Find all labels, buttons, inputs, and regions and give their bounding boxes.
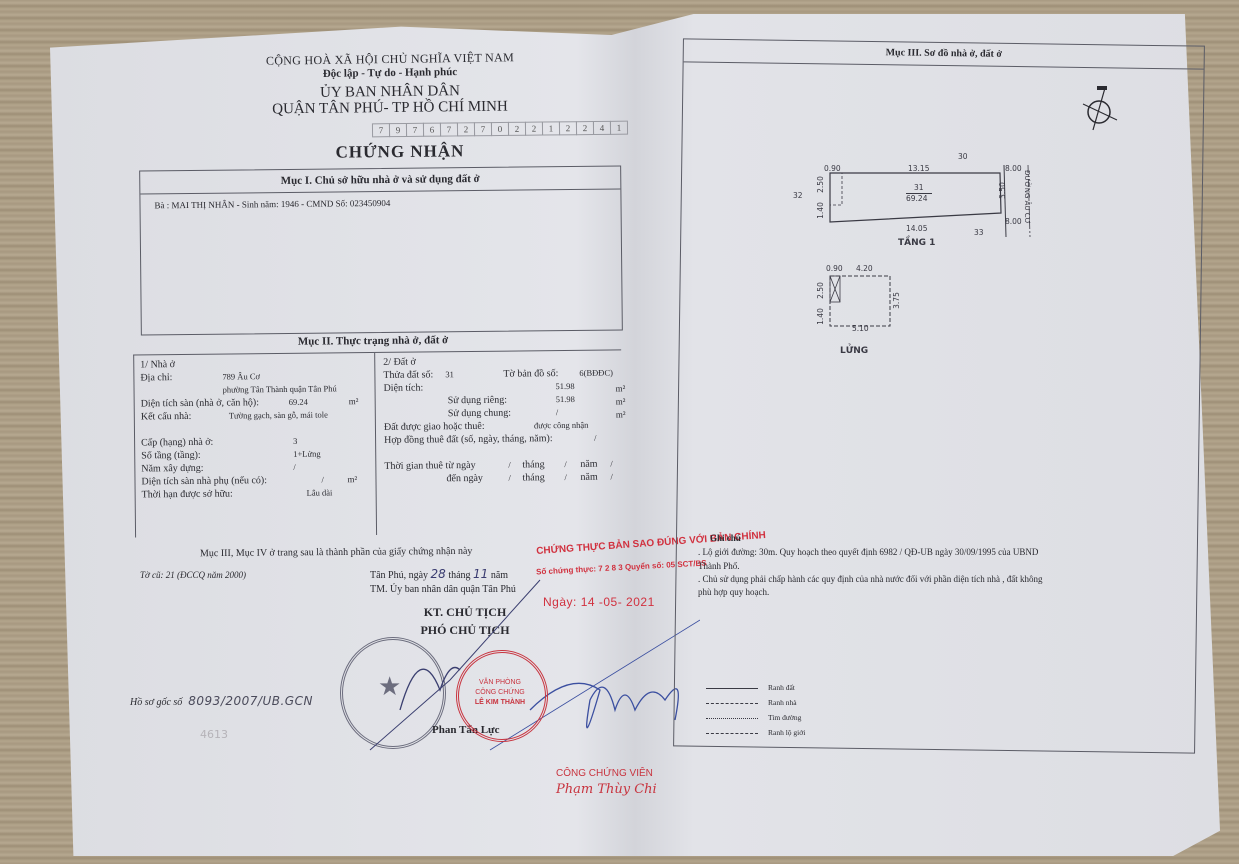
area-label: Diện tích: bbox=[383, 382, 423, 393]
unit: m² bbox=[615, 383, 625, 393]
blank: / bbox=[508, 473, 510, 483]
structure-value: Tường gạch, sàn gỗ, mái tole bbox=[229, 409, 328, 420]
lease-to-label: đến ngày bbox=[446, 473, 483, 484]
allocation-value: được công nhận bbox=[534, 420, 589, 431]
floors-label: Số tầng (tầng): bbox=[141, 450, 201, 462]
section-diagram: Mục III. Sơ đồ nhà ở, đất ở bbox=[673, 38, 1205, 753]
dim-label: 13.15 bbox=[908, 164, 929, 173]
blank: / bbox=[564, 459, 566, 469]
map-sheet-value: 6(BĐĐC) bbox=[579, 367, 613, 377]
section-diagram-title: Mục III. Sơ đồ nhà ở, đất ở bbox=[684, 39, 1204, 69]
blank: / bbox=[508, 460, 510, 470]
serial-digit: 2 bbox=[525, 122, 543, 136]
ground-floor-plan bbox=[820, 165, 1040, 240]
note-line: . Chủ sử dụng phải chấp hành các quy địn… bbox=[698, 574, 1042, 584]
serial-digit: 7 bbox=[474, 122, 492, 136]
serial-digit: 6 bbox=[423, 123, 441, 137]
serial-digit: 0 bbox=[491, 122, 509, 136]
private-use-value: 51.98 bbox=[556, 394, 575, 404]
dim-label: 0.90 bbox=[824, 164, 841, 173]
legend-label: Tim đường bbox=[768, 713, 801, 722]
aux-area-label: Diện tích sàn nhà phụ (nếu có): bbox=[141, 475, 267, 487]
private-use-label: Sử dụng riêng: bbox=[448, 395, 507, 407]
file-number: 8093/2007/UB.GCN bbox=[188, 694, 313, 708]
lease-contract-value: / bbox=[594, 433, 596, 443]
dim-label: 1.40 bbox=[816, 308, 825, 325]
dim-label: 8.00 bbox=[1005, 164, 1022, 173]
land-heading: 2/ Đất ở bbox=[383, 357, 416, 368]
floor-area-value: 69.24 bbox=[289, 397, 308, 407]
notary-label: CÔNG CHỨNG VIÊN bbox=[556, 768, 653, 779]
serial-digit: 2 bbox=[559, 121, 577, 135]
year-value: / bbox=[293, 462, 295, 472]
serial-digit: 2 bbox=[576, 121, 594, 135]
note-line: Thành Phố. bbox=[698, 561, 740, 571]
floor-label: LỬNG bbox=[840, 346, 868, 356]
road-label: ĐƯỜNG ÂU CƠ bbox=[1023, 170, 1031, 224]
floor-label: TẦNG 1 bbox=[898, 238, 935, 248]
serial-digit: 1 bbox=[542, 121, 560, 135]
date-value: 14 -05- 2021 bbox=[581, 595, 655, 609]
serial-digit: 7 bbox=[372, 123, 390, 137]
serial-digit: 7 bbox=[440, 122, 458, 136]
serial-digit: 2 bbox=[508, 122, 526, 136]
dim-label: 14.05 bbox=[906, 224, 927, 233]
sheet-number: Tờ cũ: 21 (ĐCCQ năm 2000) bbox=[140, 570, 246, 580]
ownership-term-value: Lâu dài bbox=[307, 487, 333, 497]
map-sheet-label: Tờ bản đồ số: bbox=[503, 368, 558, 380]
mezzanine-plan bbox=[826, 272, 896, 332]
blank: / bbox=[564, 472, 566, 482]
parcel-label: 31 bbox=[914, 183, 924, 192]
unit: m² bbox=[616, 396, 626, 406]
house-column: 1/ Nhà ở Địa chỉ:789 Âu Cơ phường Tân Th… bbox=[134, 353, 377, 538]
owner-line: Bà : MAI THỊ NHÂN - Sinh năm: 1946 - CMN… bbox=[140, 189, 620, 216]
dim-label: 3.50 bbox=[998, 182, 1007, 199]
serial-digit: 2 bbox=[457, 122, 475, 136]
north-arrow-icon bbox=[1075, 82, 1125, 132]
blank: / bbox=[610, 472, 612, 482]
dim-label: 1.40 bbox=[816, 202, 825, 219]
year-label: năm bbox=[580, 472, 597, 483]
serial-digit: 4 bbox=[593, 121, 611, 135]
address-label: Địa chỉ: bbox=[140, 372, 172, 383]
date-label: Ngày: bbox=[543, 595, 577, 609]
notes-title: Ghi chú bbox=[710, 533, 741, 543]
year-label: năm bbox=[580, 459, 597, 470]
floor-area-label: Diện tích sàn (nhà ở, căn hộ): bbox=[141, 397, 259, 409]
shared-use-label: Sử dụng chung: bbox=[448, 408, 511, 420]
floors-value: 1+Lửng bbox=[293, 449, 320, 459]
unit: m² bbox=[616, 409, 626, 419]
lease-contract-label: Hợp đồng thuê đất (số, ngày, tháng, năm)… bbox=[384, 433, 553, 446]
neighbor-label: 30 bbox=[958, 152, 968, 161]
blank: / bbox=[610, 459, 612, 469]
structure-label: Kết cấu nhà: bbox=[141, 411, 192, 423]
address-line1: 789 Âu Cơ bbox=[222, 371, 260, 381]
dim-label: 3.75 bbox=[892, 292, 901, 309]
dim-label: 2.50 bbox=[816, 176, 825, 193]
parcel-label: Thửa đất số: bbox=[383, 369, 433, 381]
grade-label: Cấp (hạng) nhà ở: bbox=[141, 437, 213, 449]
legend-label: Ranh nhà bbox=[768, 698, 797, 707]
file-label: Hồ sơ gốc số bbox=[130, 697, 182, 708]
legend-item: Ranh đất bbox=[706, 683, 795, 692]
area-value: 51.98 bbox=[555, 381, 574, 391]
shared-use-value: / bbox=[556, 407, 558, 417]
land-column: 2/ Đất ở Thửa đất số:31Tờ bản đồ số:6(BĐ… bbox=[375, 350, 623, 535]
neighbor-label: 32 bbox=[793, 191, 803, 200]
house-heading: 1/ Nhà ở bbox=[140, 359, 175, 370]
seal-line: VĂN PHÒNG bbox=[474, 678, 526, 688]
month-label: tháng bbox=[522, 459, 544, 470]
area-label: 69.24 bbox=[906, 194, 927, 203]
notary-office-seal-text: VĂN PHÒNG CÔNG CHỨNG LÊ KIM THÀNH bbox=[474, 678, 526, 708]
serial-digit: 9 bbox=[389, 123, 407, 137]
ownership-term-label: Thời hạn được sở hữu: bbox=[142, 488, 233, 500]
lease-from-label: Thời gian thuê từ ngày bbox=[384, 460, 475, 472]
certification-date: Ngày: 14 -05- 2021 bbox=[543, 595, 655, 609]
dim-label: 5.10 bbox=[852, 324, 869, 333]
legend-item: Ranh nhà bbox=[706, 698, 797, 707]
month-label: tháng bbox=[522, 472, 544, 483]
legend-item: Ranh lộ giới bbox=[706, 728, 805, 737]
dim-label: 8.00 bbox=[1005, 217, 1022, 226]
file-reference: Hồ sơ gốc số8093/2007/UB.GCN bbox=[130, 694, 313, 708]
note-line: . Lộ giới đường: 30m. Quy hoạch theo quy… bbox=[698, 547, 1038, 557]
serial-number-boxes: 797672702212241 bbox=[372, 121, 627, 138]
aux-area-value: / bbox=[321, 475, 323, 485]
dim-label: 2.50 bbox=[816, 282, 825, 299]
section-owner: Mục I. Chủ sở hữu nhà ở và sử dụng đất ở… bbox=[139, 165, 623, 335]
note-line: phù hợp quy hoạch. bbox=[698, 587, 769, 597]
notary-name: Phạm Thùy Chi bbox=[556, 782, 657, 797]
serial-digit: 1 bbox=[610, 121, 628, 135]
seal-line: CÔNG CHỨNG bbox=[474, 688, 526, 698]
dim-label: 4.20 bbox=[856, 264, 873, 273]
legend-label: Ranh đất bbox=[768, 683, 795, 692]
parcel-value: 31 bbox=[445, 369, 454, 379]
legend-item: Tim đường bbox=[706, 713, 801, 722]
unit: m² bbox=[349, 396, 359, 406]
seal-line: LÊ KIM THÀNH bbox=[474, 698, 526, 708]
unit: m² bbox=[347, 474, 357, 484]
address-line2: phường Tân Thành quận Tân Phú bbox=[222, 383, 336, 394]
pencil-note: 4613 bbox=[200, 728, 228, 741]
grade-value: 3 bbox=[293, 436, 297, 446]
year-label: Năm xây dựng: bbox=[141, 463, 203, 475]
serial-digit: 7 bbox=[406, 123, 424, 137]
section-status: Mục II. Thực trạng nhà ở, đất ở 1/ Nhà ở… bbox=[125, 327, 623, 537]
allocation-label: Đất được giao hoặc thuê: bbox=[384, 421, 485, 433]
certificate-title: CHỨNG NHẬN bbox=[300, 141, 500, 163]
neighbor-label: 33 bbox=[974, 228, 984, 237]
dim-label: 0.90 bbox=[826, 264, 843, 273]
legend-label: Ranh lộ giới bbox=[768, 728, 805, 737]
